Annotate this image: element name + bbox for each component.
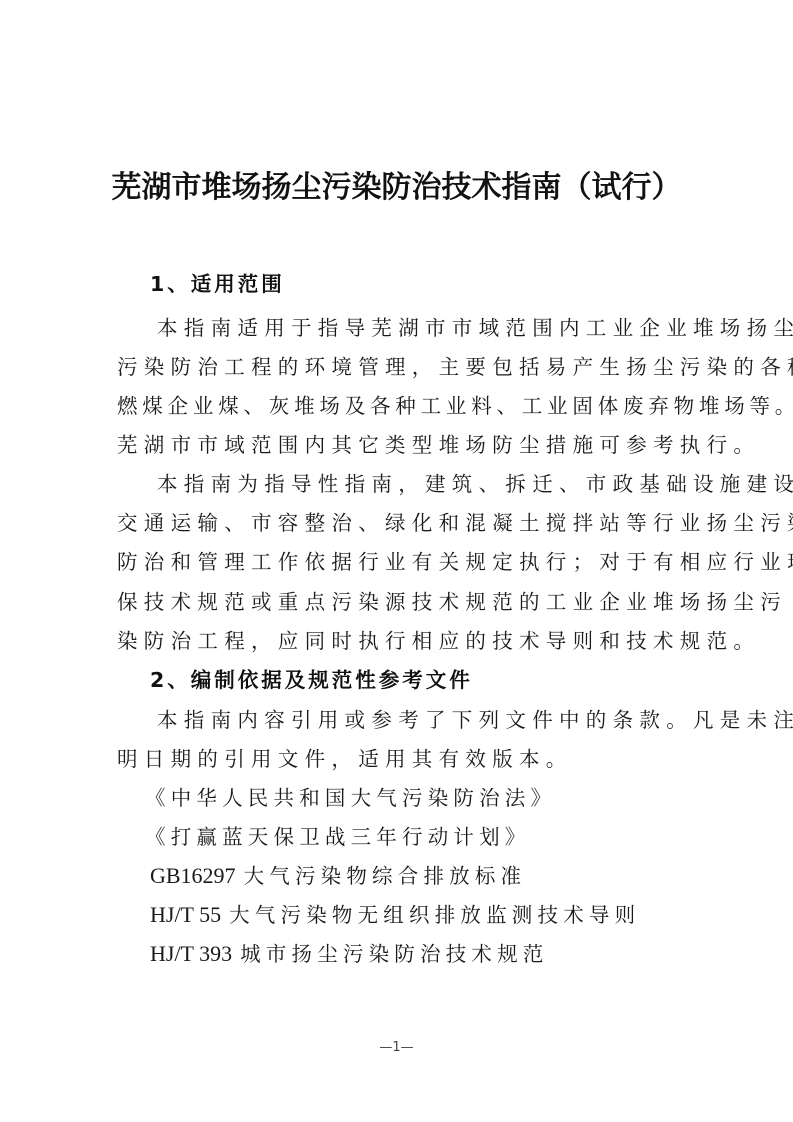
paragraph-line: 防治和管理工作依据行业有关规定执行；对于有相应行业环: [117, 548, 793, 576]
paragraph-line: 燃煤企业煤、灰堆场及各种工业料、工业固体废弃物堆场等。: [117, 392, 793, 420]
reference-item: HJ/T 393城市扬尘污染防治技术规范: [150, 940, 549, 968]
paragraph-line: 芜湖市市域范围内其它类型堆场防尘措施可参考执行。: [117, 431, 760, 459]
reference-text: 《打赢蓝天保卫战三年行动计划》: [145, 825, 531, 849]
reference-item: HJ/T 55大气污染物无组织排放监测技术导则: [150, 901, 640, 929]
paragraph-line: 污染防治工程的环境管理，主要包括易产生扬尘污染的各种: [117, 353, 793, 381]
reference-text: 城市扬尘污染防治技术规范: [240, 942, 548, 966]
paragraph-line: 染防治工程，应同时执行相应的技术导则和技术规范。: [117, 627, 760, 655]
reference-text: 大气污染物无组织排放监测技术导则: [229, 903, 640, 927]
reference-item: 《打赢蓝天保卫战三年行动计划》: [145, 823, 531, 851]
document-page: 芜湖市堆场扬尘污染防治技术指南（试行） 1、适用范围 本指南适用于指导芜湖市市域…: [0, 0, 793, 1122]
paragraph-line: 本指南为指导性指南，建筑、拆迁、市政基础设施建设、: [157, 470, 793, 498]
reference-item: GB16297大气污染物综合排放标准: [150, 862, 526, 890]
paragraph-line: 保技术规范或重点污染源技术规范的工业企业堆场扬尘污: [117, 588, 787, 616]
reference-code: GB16297: [150, 863, 236, 888]
paragraph-line: 本指南内容引用或参考了下列文件中的条款。凡是未注: [157, 706, 793, 734]
reference-text: 《中华人民共和国大气污染防治法》: [145, 786, 556, 810]
section-heading-references: 2、编制依据及规范性参考文件: [150, 666, 473, 694]
document-title: 芜湖市堆场扬尘污染防治技术指南（试行）: [0, 166, 793, 210]
section-heading-scope: 1、适用范围: [150, 270, 285, 298]
paragraph-line: 交通运输、市容整治、绿化和混凝土搅拌站等行业扬尘污染: [117, 509, 793, 537]
paragraph-line: 本指南适用于指导芜湖市市域范围内工业企业堆场扬尘: [157, 314, 793, 342]
reference-item: 《中华人民共和国大气污染防治法》: [145, 784, 556, 812]
reference-text: 大气污染物综合排放标准: [244, 864, 527, 888]
reference-code: HJ/T 55: [150, 902, 221, 927]
page-number: —1—: [0, 1040, 793, 1055]
paragraph-line: 明日期的引用文件，适用其有效版本。: [117, 745, 573, 773]
reference-code: HJ/T 393: [150, 941, 232, 966]
